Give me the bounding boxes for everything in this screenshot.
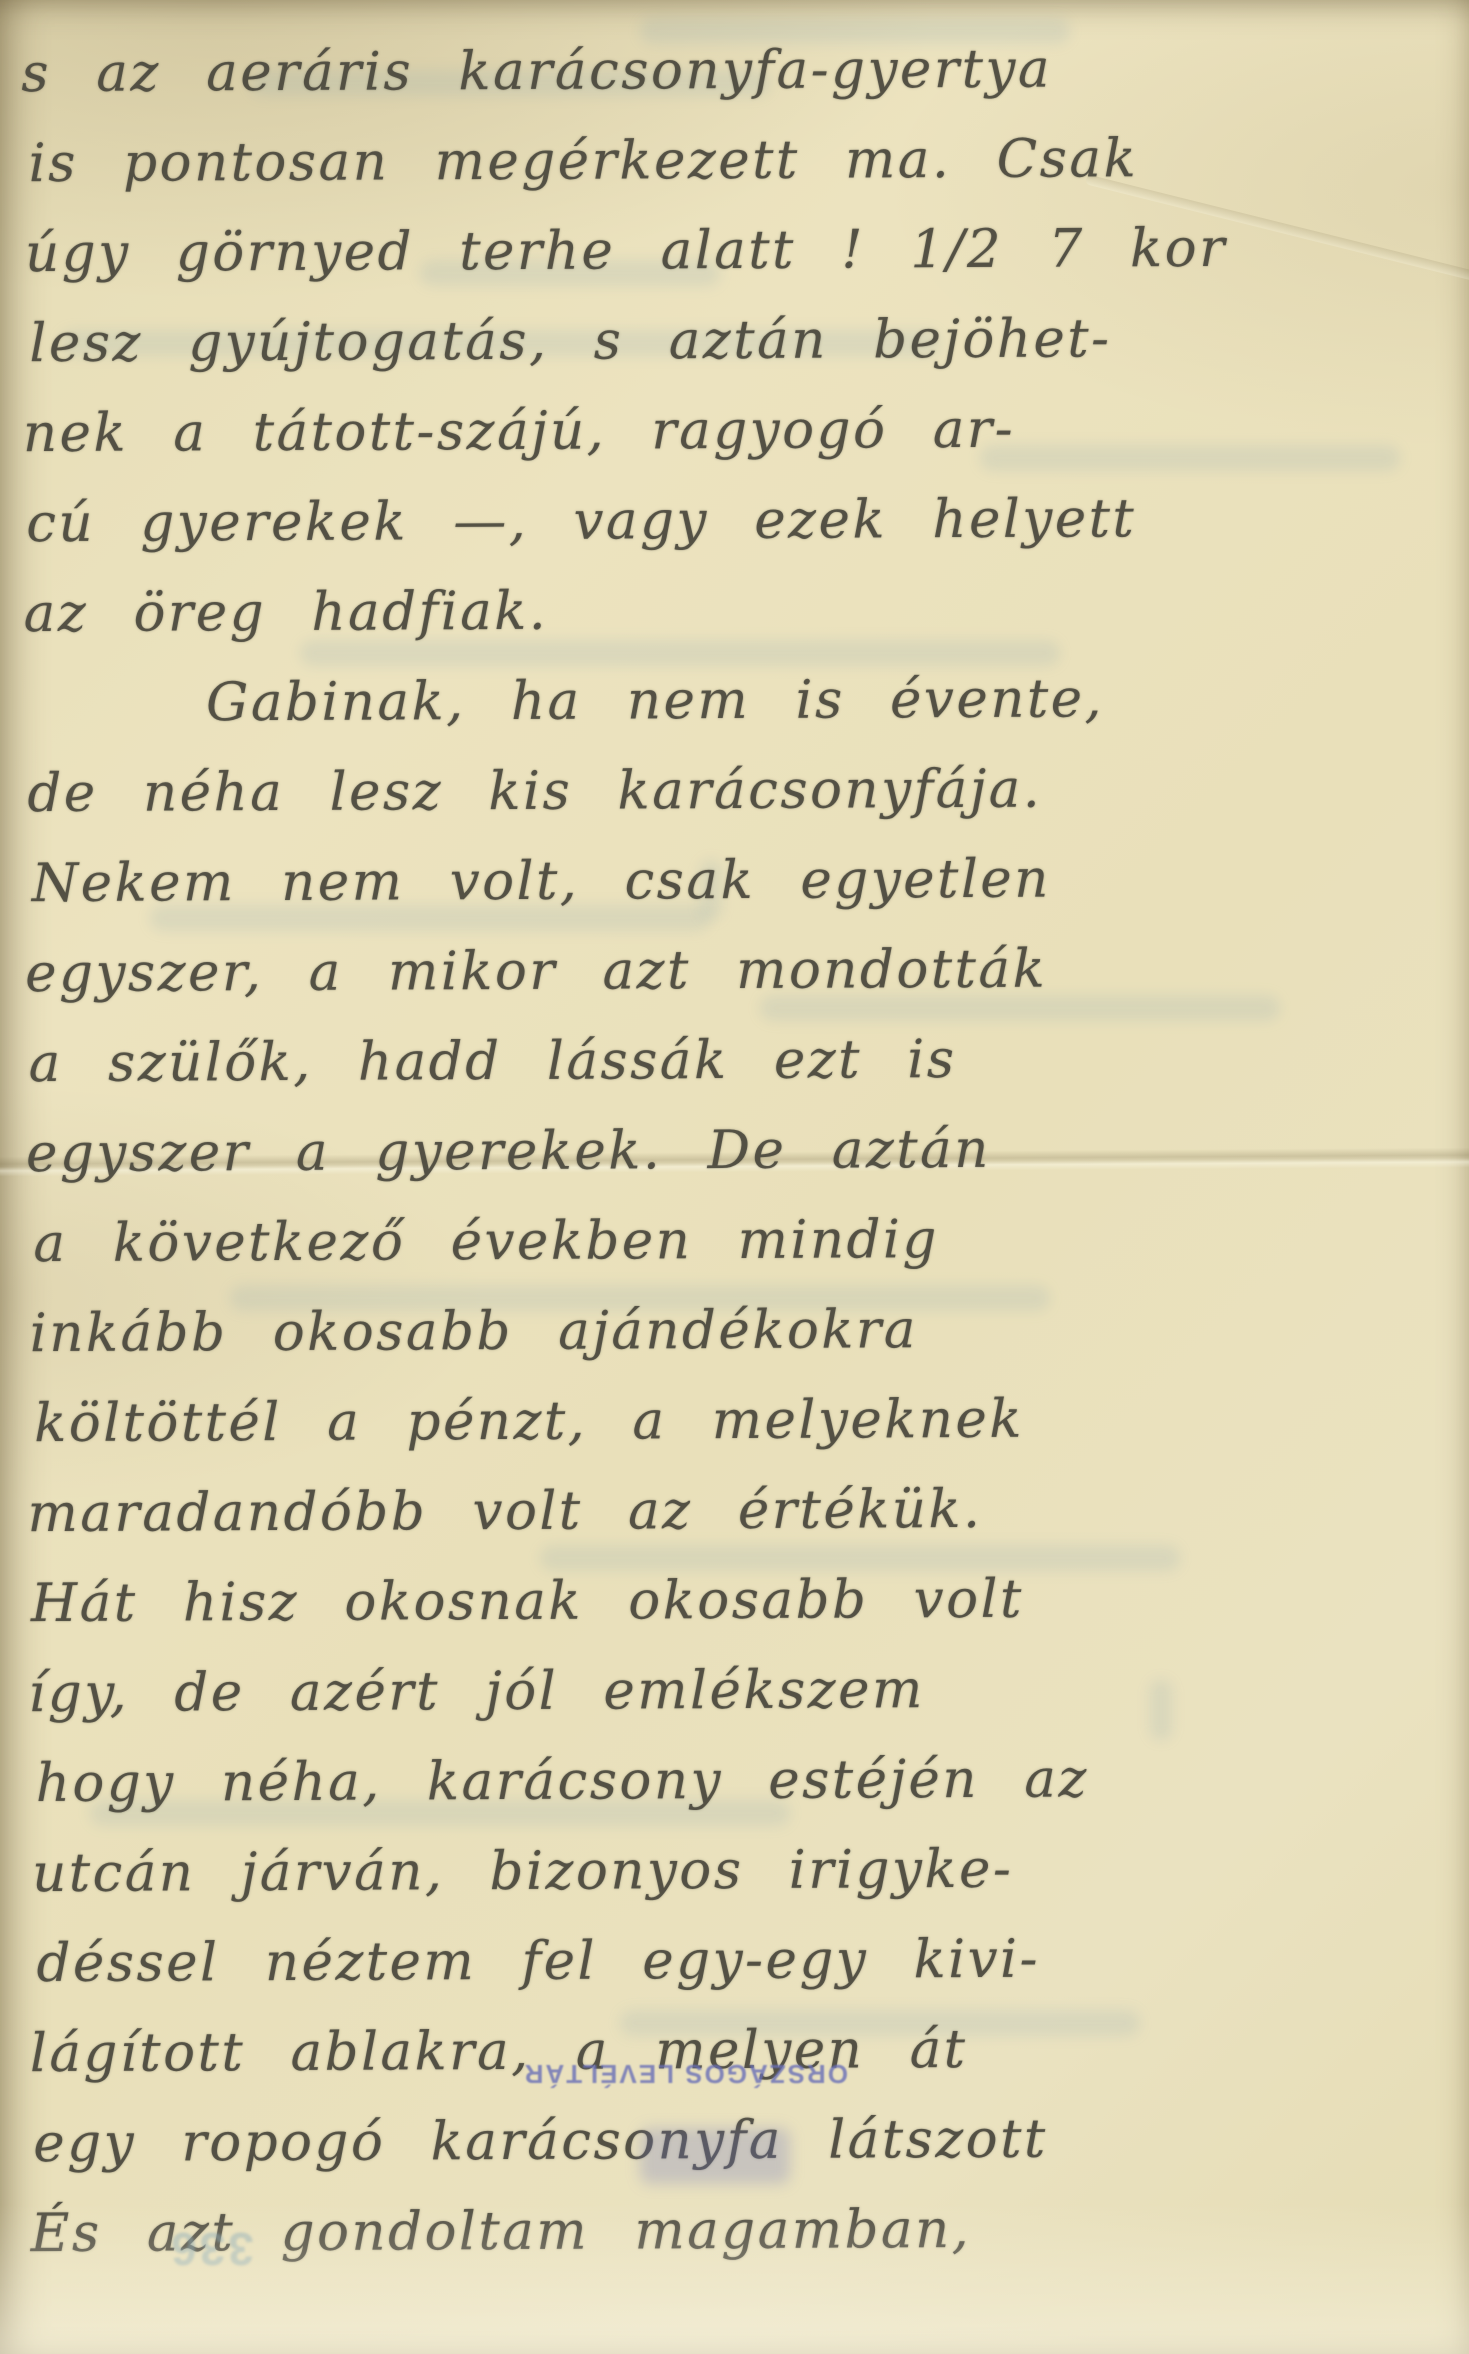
letter-page: s az aeráris karácsonyfa-gyertya is pont… [0,0,1469,2354]
letter-line: cú gyerekek —, vagy ezek helyett [26,473,1443,569]
letter-line: Gabinak, ha nem is évente, [31,653,1444,749]
archive-stamp: ORSZÁGOS LEVÉLTÁR [548,2058,848,2089]
letter-body: s az aeráris karácsonyfa-gyertya is pont… [21,23,1451,2279]
letter-line: utcán járván, bizonyos irigyke- [32,1823,1449,1919]
letter-line: maradandóbb volt az értékük. [27,1463,1447,1559]
letter-line: déssel néztem fel egy-egy kivi- [36,1913,1449,2009]
letter-line: költöttél a pénzt, a melyeknek [34,1373,1447,1469]
letter-line: Hát hisz okosnak okosabb volt [31,1553,1448,1649]
letter-line: így, de azért jól emlékszem [28,1643,1448,1739]
letter-line: Nekem nem volt, csak egyetlen [32,833,1445,929]
letter-line: s az aeráris karácsonyfa-gyertya [21,23,1441,119]
letter-line: lesz gyújtogatás, s aztán bejöhet- [29,293,1442,389]
letter-line: úgy görnyed terhe alatt ! 1/2 7 kor [25,203,1442,299]
letter-line: az öreg hadfiak. [23,563,1443,659]
letter-line: egyszer, a mikor azt mondották [25,923,1445,1019]
letter-line: a következő években mindig [33,1193,1446,1289]
letter-line: hogy néha, karácsony estéjén az [36,1733,1449,1829]
letter-line: a szülők, hadd lássák ezt is [28,1013,1445,1109]
show-through-number: 336 [168,2222,254,2276]
letter-line: de néha lesz kis karácsonyfája. [27,743,1444,839]
letter-line: egyszer a gyerekek. De aztán [26,1103,1446,1199]
letter-line: nek a tátott-szájú, ragyogó ar- [23,383,1443,479]
letter-line: inkább okosabb ajándékokra [30,1283,1447,1379]
archive-stamp-smudge [640,2128,790,2184]
letter-line: is pontosan megérkezett ma. Csak [28,113,1441,209]
